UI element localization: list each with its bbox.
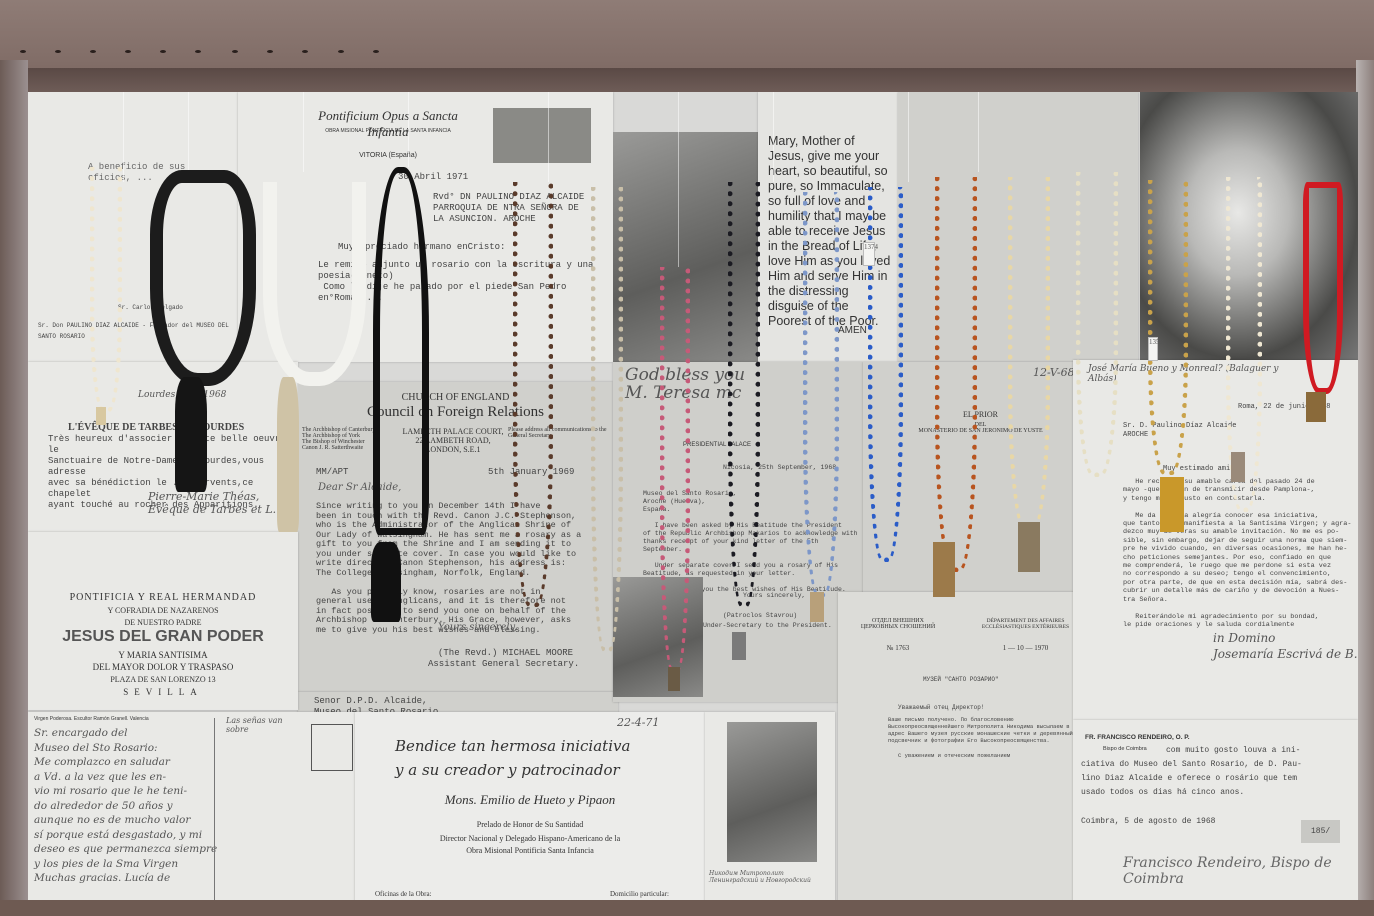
letter-greeting: Уважаемый отец Директор! [898,702,984,713]
hanging-thread [678,92,679,267]
letter-signature: Pierre-Marie Théas, Évêque de Tarbes et … [148,490,288,516]
postcard-divider [214,718,215,902]
letterhead-subtitle: OBRA MISIONAL PONTIFICIA DE LA SANTA INF… [298,128,478,134]
card-line: PLAZA DE SAN LORENZO 13 [28,675,298,684]
mount-hole [125,50,131,53]
inventory-tag: 1374 [863,242,875,266]
stamp-box [311,724,353,771]
letterhead-title: Pontificium Opus a Sancta Infantia [298,108,478,140]
black-glass-rosary [728,182,760,607]
letter-recipient: МУЗЕЙ "САНТО РОЗАРИО" [923,674,999,685]
russian-orthodox-letter: ОТДЕЛ ВНЕШНИХ ЦЕРКОВНЫХ СНОШЕНИЙ № 1763 … [838,592,1083,902]
postcard-message: Sr. encargado del Museo del Sto Rosario:… [34,726,214,886]
cross-icon [1018,522,1040,572]
letter-date: Coimbra, 5 de agosto de 1968 [1081,816,1215,827]
letter-heading: L'ÉVÊQUE DE TARBES ET LOURDES [68,422,244,433]
card-line: Obra Misional Pontificia Santa Infancia [355,846,705,855]
bishop-name: FR. FRANCISCO RENDEIRO, O. P. [1085,734,1190,741]
card-line: Director Nacional y Delegado Hispano-Ame… [355,834,705,843]
mount-hole [232,50,238,53]
letter-closing: Yours sincerely, [438,622,517,633]
archbishop-makarios-photo [613,577,703,697]
inventory-tag: 1358 [1148,337,1158,361]
card-line: PONTIFICIA Y REAL HERMANDAD [28,592,298,603]
card-name: Mons. Emilio de Hueto y Pipaon [355,792,705,808]
gran-poder-card: PONTIFICIA Y REAL HERMANDAD Y COFRADIA D… [28,532,298,710]
hanging-thread [978,92,979,172]
mount-hole [338,50,344,53]
children-illustration [493,108,591,163]
signer-name: (The Revd.) MICHAEL MOORE [438,648,573,659]
letter-signature: Francisco Rendeiro, Bispo de Coimbra [1123,855,1353,887]
signer-role: Assistant General Secretary. [428,659,579,670]
orange-amber-rosary [935,177,977,572]
card-date: 22-4-71 [617,716,659,729]
right-letterhead: DÉPARTEMENT DES AFFAIRES ECCLÉSIASTIQUES… [973,618,1078,630]
org-name: CHURCH OF ENGLAND [298,392,613,403]
santa-infancia-card: 22-4-71 Bendice tan hermosa iniciativa y… [355,712,705,902]
letter-body: Since writing to you on December 14th I … [316,502,611,635]
hanging-thread [548,92,549,182]
black-knotted-prayer-rope [373,167,429,535]
white-stone-rosary [263,182,366,386]
postcard-note: Las señas van sobre [226,716,296,734]
card-line: DEL MAYOR DOLOR Y TRASPASO [28,662,298,672]
letter-body: com muito gosto louva a ini- ciativa do … [1081,744,1356,800]
cross-icon [668,667,680,691]
letter-signature: in Domino Josemaría Escrivá de B. [1213,630,1353,662]
black-tassel [175,377,207,492]
mount-hole [20,50,26,53]
church-of-england-letter: CHURCH OF ENGLAND Council on Foreign Rel… [298,382,613,692]
left-letterhead: ОТДЕЛ ВНЕШНИХ ЦЕРКОВНЫХ СНОШЕНИЙ [848,618,948,630]
letter-addressee: Rvd° DN PAULINO DIAZ ALCAIDE PARROQUIA D… [433,192,584,225]
white-pearl-rosary [90,167,122,412]
mount-hole [160,50,166,53]
photo-caption: Никодим Митрополит Ленинградский и Новго… [709,870,834,884]
beige-tassel [277,377,299,532]
display-case-beam [22,68,1374,92]
metropolitan-photo [727,722,817,862]
black-large-bead-rosary [150,170,256,386]
mother-teresa-inscription: God bless you M. Teresa mc [625,366,825,402]
card-line: DE NUESTRO PADRE [28,618,298,627]
gold-bead-rosary [1148,180,1188,475]
handwritten-blessing: Bendice tan hermosa iniciativa y a su cr… [395,734,695,782]
mount-hole [302,50,308,53]
cross-icon [1231,452,1245,482]
card-footer-left: Oficinas de la Obra: [375,890,432,898]
mount-hole [55,50,61,53]
left-officials: The Archbishop of Canterbury The Archbis… [302,427,375,451]
hanging-thread [773,92,774,182]
letter-body: Ваше письмо получено. По благословению В… [888,716,1073,744]
blue-crystal-rosary [803,192,839,597]
mount-hole [195,50,201,53]
postcard-header: Virgen Poderosa. Escultor Ramón Granell.… [34,716,149,722]
letter-closing: С уважением и отеческим пожеланием [898,750,1010,761]
display-board: A beneficio de sus oficios, ... Sr. Don … [28,92,1358,902]
signer-name: (Patroclos Stavrou) [723,612,797,620]
case-right-wall [1356,60,1374,916]
card-line: Y MARIA SANTISIMA [28,650,298,660]
cross-icon [810,592,824,622]
hanging-thread [408,92,409,167]
coimbra-bishop-letter: FR. FRANCISCO RENDEIRO, O. P. Bispo de C… [1073,720,1358,902]
hanging-thread [908,92,909,182]
card-footer-right: Domicilio particular: [610,890,669,898]
hanging-thread [123,92,124,182]
ivory-filigree-rosary [1076,172,1118,477]
red-coral-rosary [1303,182,1343,394]
letter-date: 1 — 10 — 1970 [973,644,1078,652]
card-line: Prelado de Honor de Su Santidad [355,820,705,829]
cross-icon [732,632,746,660]
brown-wood-rosary [513,182,553,607]
card-title: JESUS DEL GRAN PODER [28,628,298,646]
card-line: Y COFRADIA DE NAZARENOS [28,606,298,615]
handwritten-postcard: Virgen Poderosa. Escultor Ramón Granell.… [28,712,358,902]
multicolor-glass-rosary [660,267,690,672]
case-floor [0,900,1374,916]
mount-hole [267,50,273,53]
case-left-wall [0,60,28,916]
display-case-ceiling [0,0,1374,68]
hanging-thread [303,92,304,172]
letter-ref: MM/APT [316,467,348,478]
ivory-rosary [1008,177,1050,532]
lourdes-letter: Lourdes, le ... 1968 L'ÉVÊQUE DE TARBES … [28,362,298,532]
letter-ref: № 1763 [848,644,948,652]
letterhead-title: Council on Foreign Relations [298,404,613,421]
reference-number: 185/ [1301,820,1340,843]
hanging-thread [188,92,189,182]
black-prayer-rope-tassel [371,542,401,622]
card-city: SEVILLA [28,687,298,697]
gold-crucifix-icon [1160,477,1184,532]
prayer-amen: AMEN [838,325,867,336]
cross-icon [96,407,106,425]
cross-icon [933,542,955,597]
metropolitan-nikodim-card: Никодим Митрополит Ленинградский и Новго… [705,712,835,902]
mount-hole [90,50,96,53]
letterhead-city: VITORIA (España) [298,152,478,159]
crystal-rosary [591,187,623,652]
cross-icon [1306,392,1326,422]
mount-hole [373,50,379,53]
